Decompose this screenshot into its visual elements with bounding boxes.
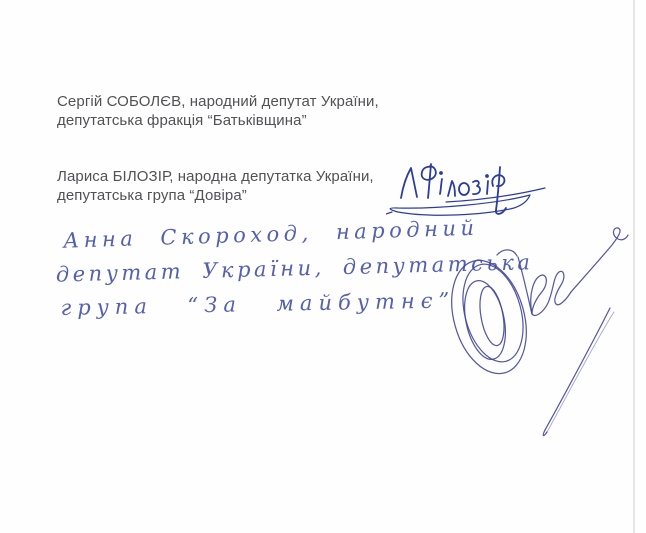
printed-block-sobolev: Сергій СОБОЛЄВ, народний депутат України… [57,92,379,130]
printed-line: депутатська фракція “Батьківщина” [57,111,379,130]
printed-line: Сергій СОБОЛЄВ, народний депутат України… [57,92,379,111]
skorokhod-signature [433,224,635,446]
printed-block-bilozir: Лариса БІЛОЗІР, народна депутатка Україн… [57,167,374,205]
scanned-document-page: Сергій СОБОЛЄВ, народний депутат України… [0,0,646,533]
printed-line: Лариса БІЛОЗІР, народна депутатка Україн… [57,167,374,186]
scan-edge-artifact [633,0,635,533]
printed-line: депутатська група “Довіра” [57,186,374,205]
